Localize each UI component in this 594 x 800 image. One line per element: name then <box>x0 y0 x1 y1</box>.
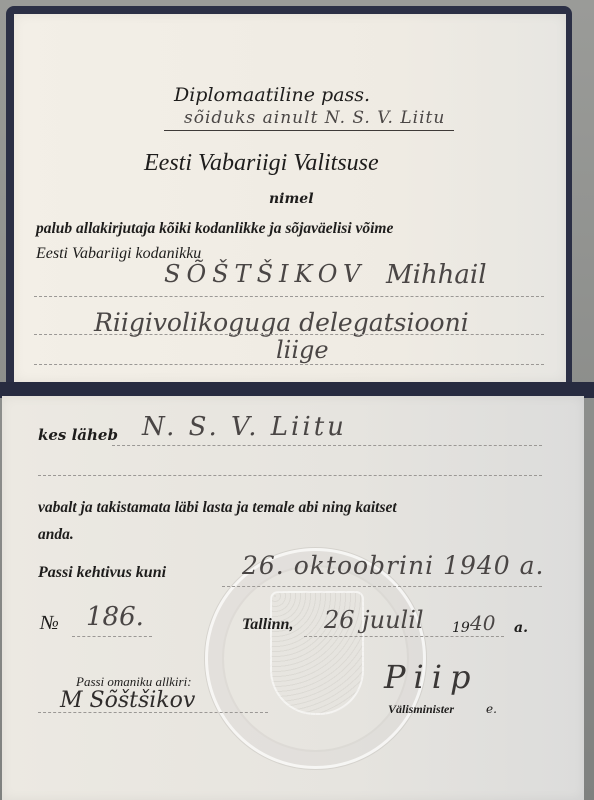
destination-label: kes läheb <box>38 426 118 444</box>
issue-date: 26 juulil <box>324 606 424 634</box>
citizen-name-line <box>34 296 544 297</box>
minister-label-suffix: e. <box>486 702 497 716</box>
citizen-surname: SÕŠTŠIKOV <box>164 260 366 288</box>
place-label: Tallinn, <box>242 616 293 634</box>
subtitle-underline <box>164 130 454 131</box>
issue-date-line <box>304 636 504 637</box>
minister-signature: Piip <box>384 658 478 696</box>
citizen-role-continued: liige <box>276 336 329 364</box>
year-abbreviation: a. <box>514 620 528 636</box>
citizen-role: Riigivolikoguga delegatsiooni <box>94 308 469 337</box>
minister-label: Välisminister <box>388 702 454 717</box>
citizen-firstname: Mihhail <box>386 260 487 290</box>
destination-line-2 <box>38 475 542 476</box>
authority-suffix: nimel <box>269 191 314 207</box>
issue-year-prefix: 19 <box>452 620 470 636</box>
owner-signature: M Sõštšikov <box>60 688 195 713</box>
passport-bottom-page: kes läheb N. S. V. Liitu vabalt ja takis… <box>2 396 584 800</box>
validity-line <box>222 586 542 587</box>
number-line <box>72 636 152 637</box>
passport-top-page: Diplomaatiline pass. sõiduks ainult N. S… <box>14 14 566 382</box>
number-label: № <box>40 612 59 635</box>
request-text: palub allakirjutaja kõiki kodanlikke ja … <box>36 220 393 238</box>
validity-date: 26. oktoobrini 1940 a. <box>242 551 544 580</box>
passport-number: 186. <box>86 602 144 632</box>
validity-label: Passi kehtivus kuni <box>38 564 166 582</box>
owner-signature-line <box>38 712 268 713</box>
passage-text-end: anda. <box>38 526 74 544</box>
role-line-1 <box>34 334 544 335</box>
passage-text: vabalt ja takistamata läbi lasta ja tema… <box>38 499 397 517</box>
passport-validity-restriction: sõiduks ainult N. S. V. Liitu <box>184 108 445 128</box>
passport-title: Diplomaatiline pass. <box>174 84 370 106</box>
issuing-authority: Eesti Vabariigi Valitsuse <box>144 150 379 177</box>
issue-year-suffix: 40 <box>470 611 495 635</box>
destination-value: N. S. V. Liitu <box>142 412 347 442</box>
destination-line <box>112 445 542 446</box>
role-line-2 <box>34 364 544 365</box>
